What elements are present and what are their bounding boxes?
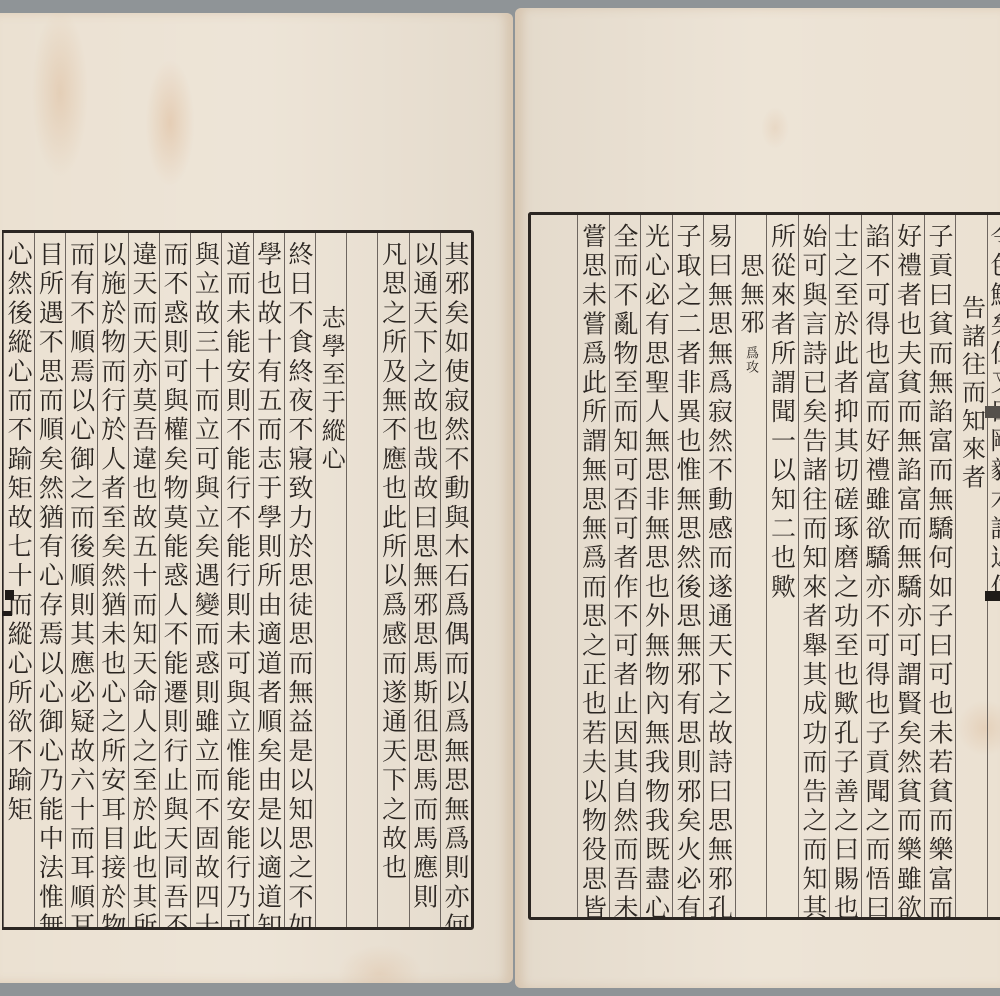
left-page: 其邪矣如使寂然不動與木石爲偶而以爲無思無爲則亦何 以通天下之故也哉故曰思無邪思馬… bbox=[0, 13, 513, 983]
text-column: 而不惑則可與權矣物莫能惑人不能遷則行止與天同吾不 bbox=[159, 233, 190, 927]
text-column: 嘗思未嘗爲此所謂無思無爲而思之正也若夫以物役思皆 bbox=[577, 215, 609, 917]
fold-mark-icon bbox=[5, 590, 14, 600]
text-column: 始可與言詩已矣告諸往而知來者舉其成功而告之而知其 bbox=[798, 215, 830, 917]
right-page: 令色鮮矣仁又曰剛毅木訥近仁 告諸往而知來者 子貢曰貧而無諂富而無驕何如子曰可也未… bbox=[515, 8, 1000, 988]
text-column: 諂不可得也富而好禮雖欲驕亦不可得也子貢聞之而悟曰 bbox=[861, 215, 893, 917]
text-column: 以施於物而行於人者至矣然猶未也心之所安耳目接於物 bbox=[97, 233, 128, 927]
fold-mark-icon bbox=[985, 406, 1000, 418]
text-column: 所從來者所謂聞一以知二也歟 bbox=[766, 215, 798, 917]
text-column: 易曰無思無爲寂然不動感而遂通天下之故詩曰思無邪孔 bbox=[703, 215, 735, 917]
heading-text: 思無邪 bbox=[736, 253, 764, 338]
text-column: 道而未能安則不能行不能行則未可與立惟能安能行乃可 bbox=[221, 233, 252, 927]
fold-mark-icon bbox=[2, 611, 12, 616]
blank-column bbox=[346, 233, 377, 927]
text-column: 目所遇不思而順矣然猶有心存焉以心御心乃能中法惟無 bbox=[34, 233, 65, 927]
right-text-frame: 令色鮮矣仁又曰剛毅木訥近仁 告諸往而知來者 子貢曰貧而無諂富而無驕何如子曰可也未… bbox=[528, 212, 1000, 920]
text-column: 令色鮮矣仁又曰剛毅木訥近仁 bbox=[987, 215, 1000, 917]
text-column: 子貢曰貧而無諂富而無驕何如子曰可也未若貧而樂富而 bbox=[924, 215, 956, 917]
left-text-frame: 其邪矣如使寂然不動與木石爲偶而以爲無思無爲則亦何 以通天下之故也哉故曰思無邪思馬… bbox=[2, 230, 474, 930]
annotation-note: 爲攻 bbox=[743, 346, 758, 374]
text-column: 士之至於此者抑其切磋琢磨之功至也歟孔子善之曰賜也 bbox=[829, 215, 861, 917]
text-column: 全而不亂物至而知可否可者作不可者止因其自然而吾未 bbox=[609, 215, 641, 917]
text-column: 終日不食終夜不寢致力於思徒思而無益是以知思之不如 bbox=[284, 233, 315, 927]
text-column: 光心必有思聖人無思非無思也外無物內無我物我既盡心 bbox=[640, 215, 672, 917]
text-column: 學也故十有五而志于學則所由適道者順矣由是以適道知 bbox=[253, 233, 284, 927]
section-heading: 志學至于縱心 bbox=[315, 233, 346, 927]
fold-mark-icon bbox=[985, 591, 1000, 601]
text-column: 違天而天亦莫吾違也故五十而知天命人之至於此也其所 bbox=[128, 233, 159, 927]
text-column: 凡思之所及無不應也此所以爲感而遂通天下之故也 bbox=[377, 233, 408, 927]
text-column: 以通天下之故也哉故曰思無邪思馬斯徂思馬而馬應則 bbox=[409, 233, 440, 927]
text-column: 心然後縱心而不踰矩故七十而縱心所欲不踰矩 bbox=[3, 233, 34, 927]
section-heading: 思無邪爲攻 bbox=[735, 215, 767, 917]
text-column: 而有不順焉以心御之而後順則其應必疑故六十而耳順耳 bbox=[65, 233, 96, 927]
text-column: 其邪矣如使寂然不動與木石爲偶而以爲無思無爲則亦何 bbox=[440, 233, 471, 927]
section-heading: 告諸往而知來者 bbox=[955, 215, 987, 917]
text-column: 好禮者也夫貧而無諂富而無驕亦可謂賢矣然貧而樂雖欲 bbox=[892, 215, 924, 917]
text-column: 與立故三十而立可與立矣遇變而惑則雖立而不固故四十 bbox=[190, 233, 221, 927]
text-column: 子取之二者非異也惟無思然後思無邪有思則邪矣火必有 bbox=[672, 215, 704, 917]
